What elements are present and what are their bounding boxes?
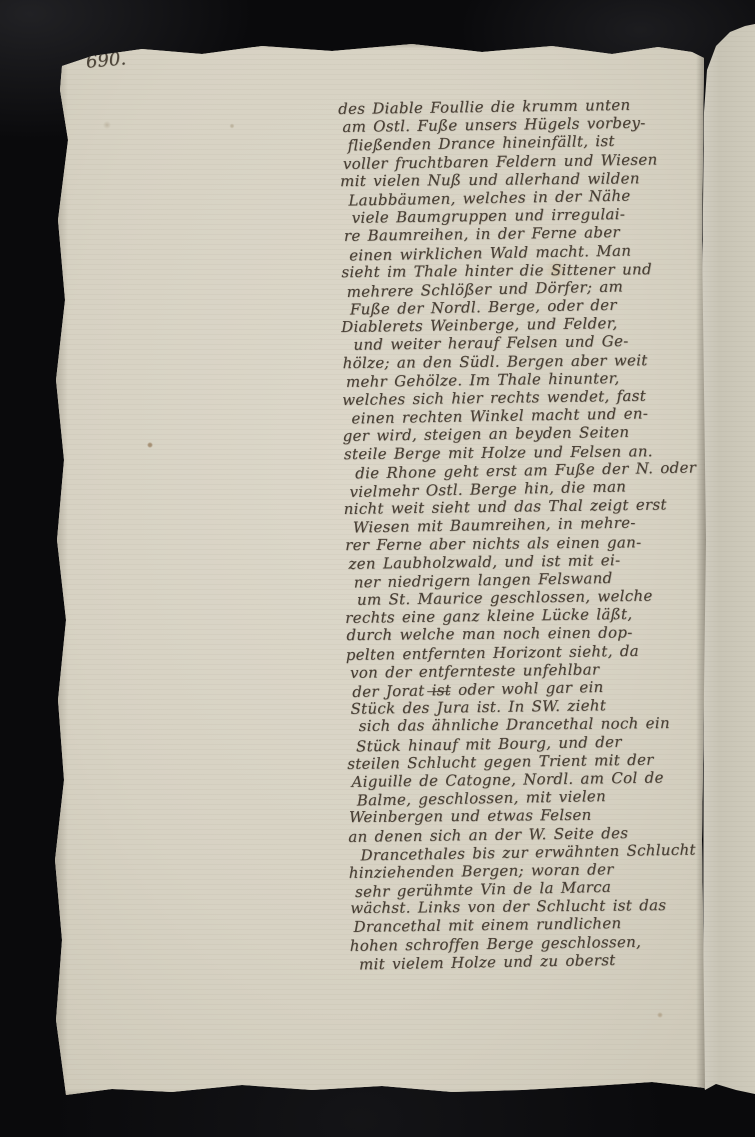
scanned-manuscript-photo: 690. des Diable Foullie die krumm untena… <box>0 0 755 1137</box>
manuscript-line: rer Ferne aber nichts als einen gan- <box>345 532 716 554</box>
manuscript-page: 690. des Diable Foullie die krumm untena… <box>52 40 708 1100</box>
manuscript-line: hölze; an den Südl. Bergen aber weit <box>343 350 714 372</box>
page-number: 690. <box>85 48 127 72</box>
manuscript-text-block: des Diable Foullie die krumm untenam Ost… <box>338 95 722 973</box>
